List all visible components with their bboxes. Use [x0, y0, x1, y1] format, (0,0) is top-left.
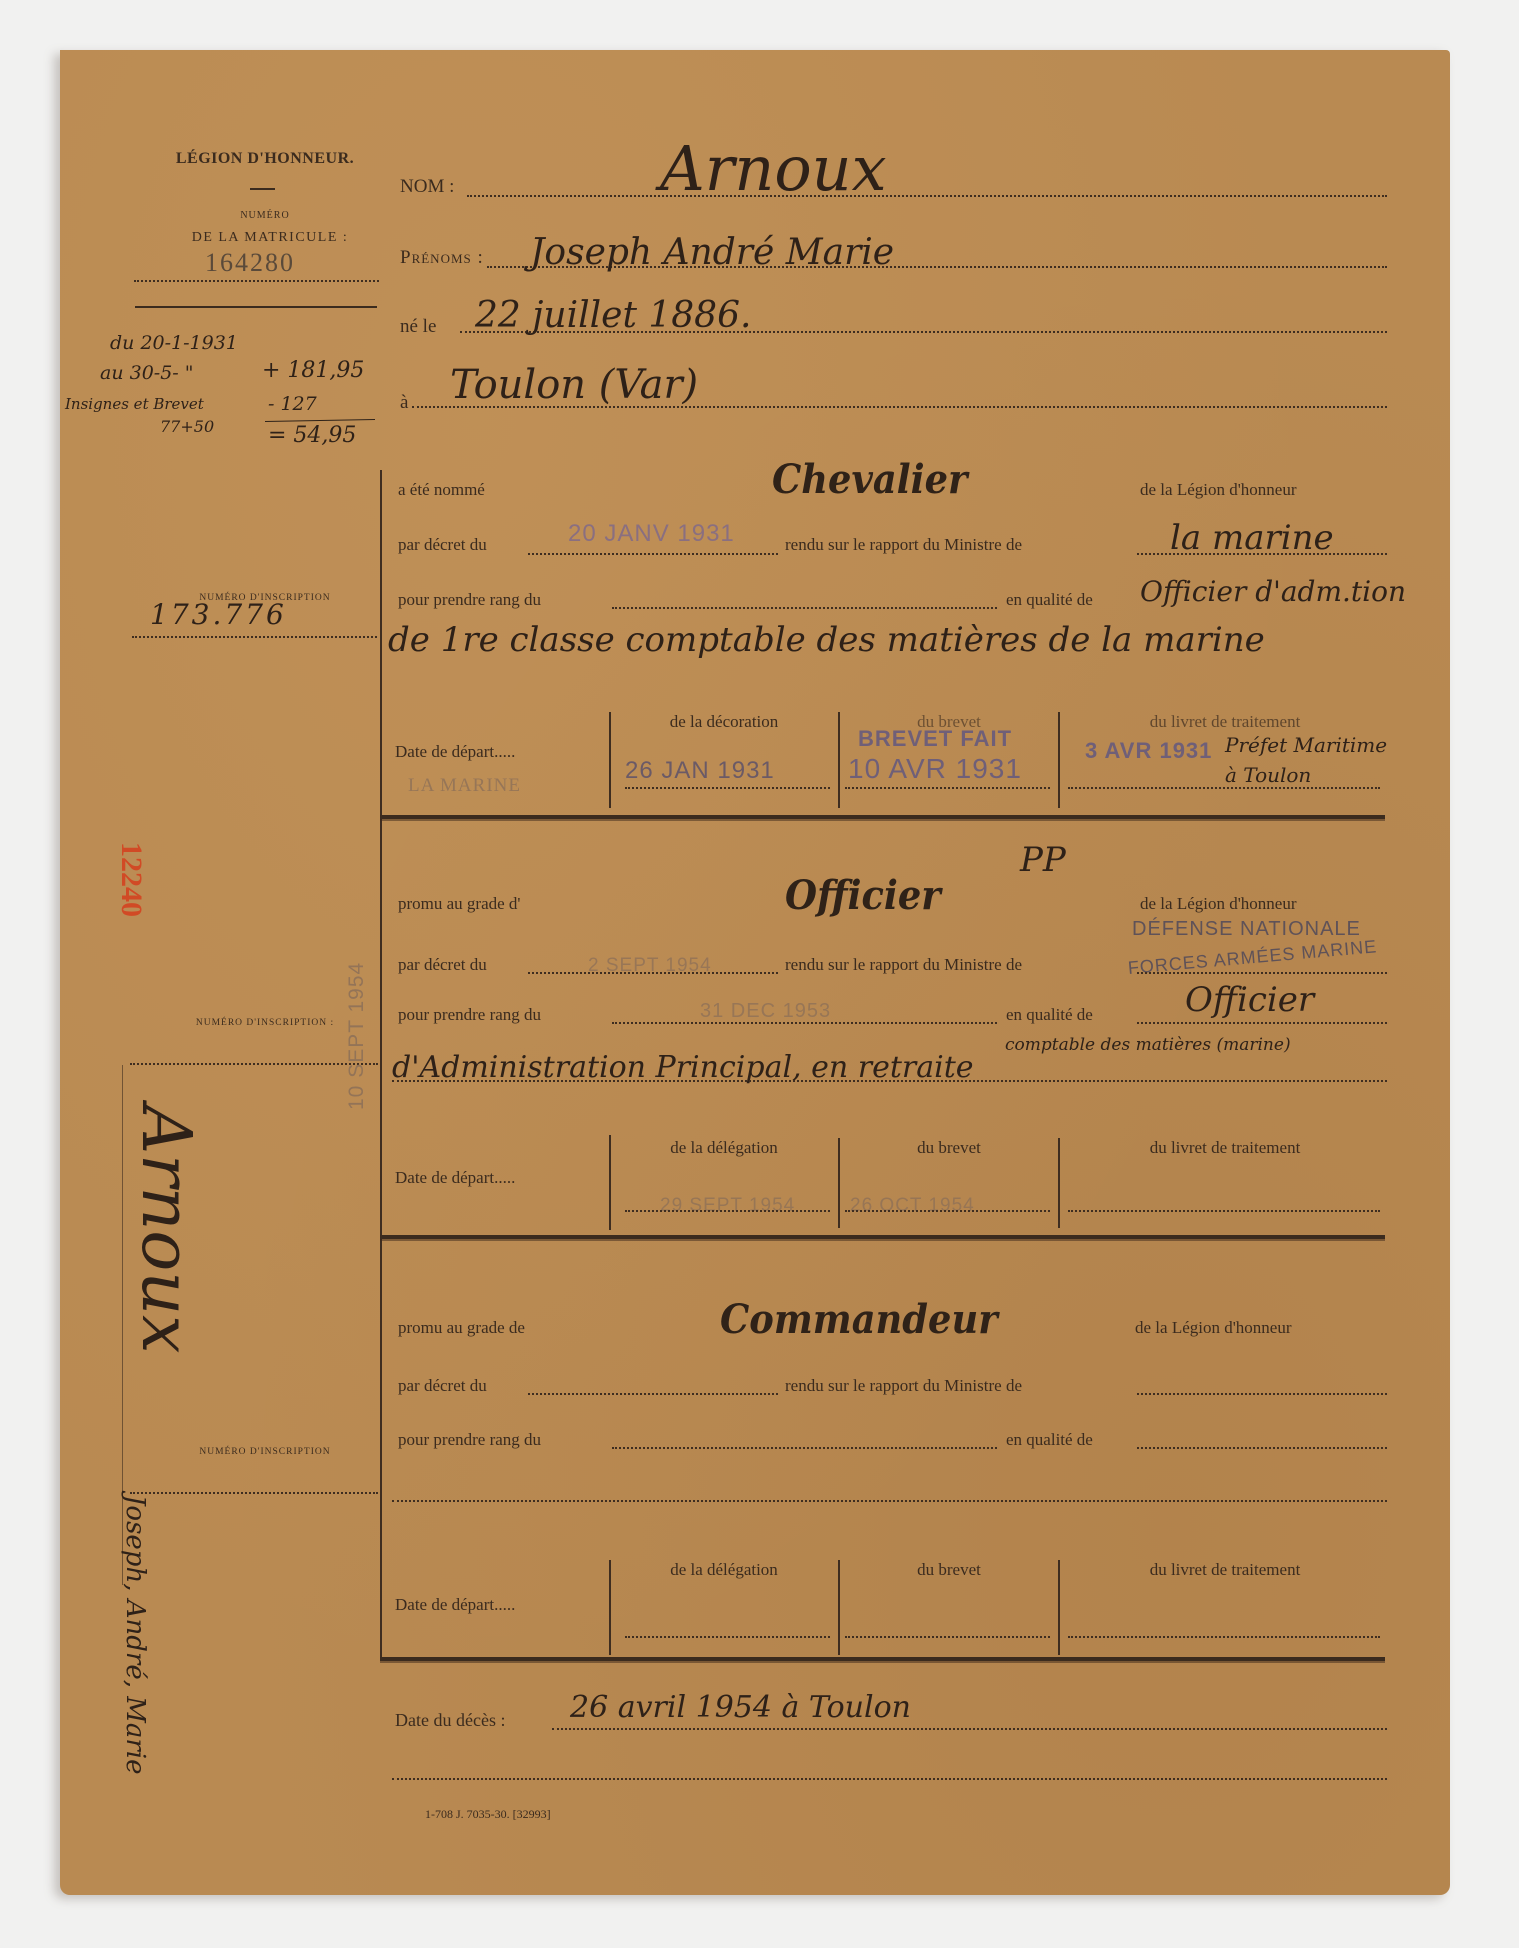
vertical-surname: Arnoux — [126, 1105, 205, 1354]
commandeur-col1-label: de la délégation — [610, 1560, 838, 1580]
margin-note-2: au 30-5- " — [100, 362, 194, 384]
side-date-stamp: 10 SEPT 1954 — [345, 962, 369, 1110]
inscription-label-3: NUMÉRO D'INSCRIPTION — [150, 1447, 380, 1457]
margin-note-3: Insignes et Brevet — [65, 395, 204, 413]
commandeur-rang-line — [612, 1447, 997, 1449]
commandeur-decret-line — [528, 1393, 778, 1395]
officier-col3-line — [1068, 1210, 1380, 1212]
officier-rapport-line — [1137, 972, 1387, 974]
header-title: LÉGION D'HONNEUR. — [150, 150, 380, 168]
commandeur-rapport-label: rendu sur le rapport du Ministre de — [785, 1376, 1022, 1396]
chevalier-decret-line — [528, 553, 778, 555]
officier-col2-label: du brevet — [840, 1138, 1058, 1158]
chevalier-col1-value: 26 JAN 1931 — [625, 757, 775, 785]
chevalier-depart-label: Date de départ..... — [395, 742, 515, 762]
nom-label: NOM : — [400, 176, 454, 198]
chevalier-decret-stamp: 20 JANV 1931 — [568, 520, 735, 548]
matricule-line — [134, 280, 379, 282]
officier-qualite-value: Officier — [1185, 980, 1314, 1020]
chevalier-grade: Chevalier — [772, 456, 967, 503]
officier-qualite-cont-line — [392, 1080, 1387, 1082]
matricule-label-2: DE LA MATRICULE : — [150, 230, 390, 246]
chevalier-rapport-label: rendu sur le rapport du Ministre de — [785, 535, 1022, 555]
commandeur-col2-label: du brevet — [840, 1560, 1058, 1580]
commandeur-rapport-line — [1137, 1393, 1387, 1395]
inscription-line-1 — [132, 636, 377, 638]
red-number-stamp: 12240 — [114, 842, 148, 917]
chevalier-qualite-label: en qualité de — [1006, 590, 1093, 610]
margin-sum-plus: + 181,95 — [262, 358, 364, 383]
commandeur-decret-label: par décret du — [398, 1376, 487, 1396]
commandeur-col3-line — [1068, 1636, 1380, 1638]
commandeur-rang-label: pour prendre rang du — [398, 1430, 541, 1450]
chevalier-rapport-value: la marine — [1170, 518, 1334, 558]
chevalier-col2-stamp: BREVET FAIT — [858, 726, 1012, 752]
commandeur-section-bar — [380, 1657, 1385, 1661]
deces-line — [552, 1728, 1387, 1730]
margin-sum-minus: - 127 — [268, 393, 317, 415]
officier-rang-stamp: 31 DEC 1953 — [700, 1000, 831, 1023]
commandeur-qualite-line — [1137, 1447, 1387, 1449]
matricule-value: 164280 — [205, 248, 295, 278]
chevalier-col3-line — [1068, 787, 1380, 789]
officier-section-bar — [380, 1235, 1385, 1239]
chevalier-col3-note: Préfet Maritime à Toulon — [1225, 730, 1405, 790]
deces-value: 26 avril 1954 à Toulon — [570, 1690, 911, 1725]
officier-qualite-insert: comptable des matières (marine) — [1005, 1035, 1291, 1055]
commandeur-qualite-cont-line — [392, 1500, 1387, 1502]
matricule-label-1: NUMÉRO — [150, 210, 380, 221]
inscription-line-2 — [130, 1063, 378, 1065]
header-rule — [250, 188, 275, 190]
chevalier-col2-line — [845, 787, 1050, 789]
margin-note-4: 77+50 — [160, 417, 214, 436]
officier-intro: promu au grade d' — [398, 894, 521, 914]
nom-line — [467, 195, 1387, 197]
officier-decret-stamp: 2 SEPT 1954 — [588, 955, 712, 977]
officier-col2-line — [845, 1210, 1050, 1212]
chevalier-rang-label: pour prendre rang du — [398, 590, 541, 610]
chevalier-col1-line — [625, 787, 830, 789]
print-code: 1-708 J. 7035-30. [32993] — [425, 1807, 551, 1822]
officier-grade: Officier — [785, 872, 941, 919]
chevalier-col2-value: 10 AVR 1931 — [848, 753, 1022, 785]
officier-suffix: de la Légion d'honneur — [1140, 894, 1297, 914]
a-value: Toulon (Var) — [450, 362, 698, 408]
officier-col1-line — [625, 1210, 830, 1212]
officier-depart-label: Date de départ..... — [395, 1168, 515, 1188]
chevalier-section-bar — [380, 815, 1385, 819]
officier-rapport-label: rendu sur le rapport du Ministre de — [785, 955, 1022, 975]
chevalier-col3-value: 3 AVR 1931 — [1085, 738, 1212, 764]
officier-col1-value: 29 SEPT 1954 — [660, 1195, 795, 1217]
chevalier-intro: a été nommé — [398, 480, 485, 500]
commandeur-qualite-label: en qualité de — [1006, 1430, 1093, 1450]
officier-col2-value: 26 OCT 1954 — [850, 1195, 975, 1217]
deces-line-2 — [392, 1778, 1387, 1780]
officier-qualite-label: en qualité de — [1006, 1005, 1093, 1025]
chevalier-col1-label: de la décoration — [610, 712, 838, 732]
officier-initials: PP — [1020, 840, 1066, 880]
officier-rang-label: pour prendre rang du — [398, 1005, 541, 1025]
matricule-rule — [135, 306, 377, 308]
commandeur-intro: promu au grade de — [398, 1318, 525, 1338]
chevalier-qualite-cont: de 1re classe comptable des matières de … — [388, 620, 1265, 660]
chevalier-col3-label: du livret de traitement — [1060, 712, 1390, 732]
chevalier-depart-stamp: LA MARINE — [408, 775, 521, 797]
ne-label: né le — [400, 316, 436, 338]
nom-value: Arnoux — [660, 132, 887, 205]
officier-stamp-line1: DÉFENSE NATIONALE — [1132, 918, 1361, 941]
commandeur-suffix: de la Légion d'honneur — [1135, 1318, 1292, 1338]
vertical-firstnames: Joseph, André, Marie — [120, 1495, 150, 1775]
margin-note-1: du 20-1-1931 — [110, 332, 238, 354]
commandeur-depart-label: Date de départ..... — [395, 1595, 515, 1615]
commandeur-grade: Commandeur — [720, 1296, 998, 1343]
ne-value: 22 juillet 1886. — [475, 295, 751, 336]
chevalier-suffix: de la Légion d'honneur — [1140, 480, 1297, 500]
commandeur-col1-line — [625, 1636, 830, 1638]
commandeur-col2-line — [845, 1636, 1050, 1638]
inscription-value-1: 173.776 — [150, 598, 287, 631]
deces-label: Date du décès : — [395, 1710, 505, 1731]
chevalier-decret-label: par décret du — [398, 535, 487, 555]
officier-col1-label: de la délégation — [610, 1138, 838, 1158]
chevalier-qualite-value: Officier d'adm.tion — [1140, 575, 1406, 608]
commandeur-col3-label: du livret de traitement — [1060, 1560, 1390, 1580]
section-brace-line — [380, 470, 382, 1660]
margin-sum-result: = 54,95 — [268, 423, 356, 448]
chevalier-rang-line — [612, 607, 997, 609]
officier-qualite-line — [1137, 1022, 1387, 1024]
inscription-line-3 — [130, 1492, 378, 1494]
a-label: à — [400, 392, 408, 414]
officier-decret-label: par décret du — [398, 955, 487, 975]
officier-col3-label: du livret de traitement — [1060, 1138, 1390, 1158]
prenoms-value: Joseph André Marie — [530, 232, 894, 273]
prenoms-label: Prénoms : — [400, 247, 484, 269]
